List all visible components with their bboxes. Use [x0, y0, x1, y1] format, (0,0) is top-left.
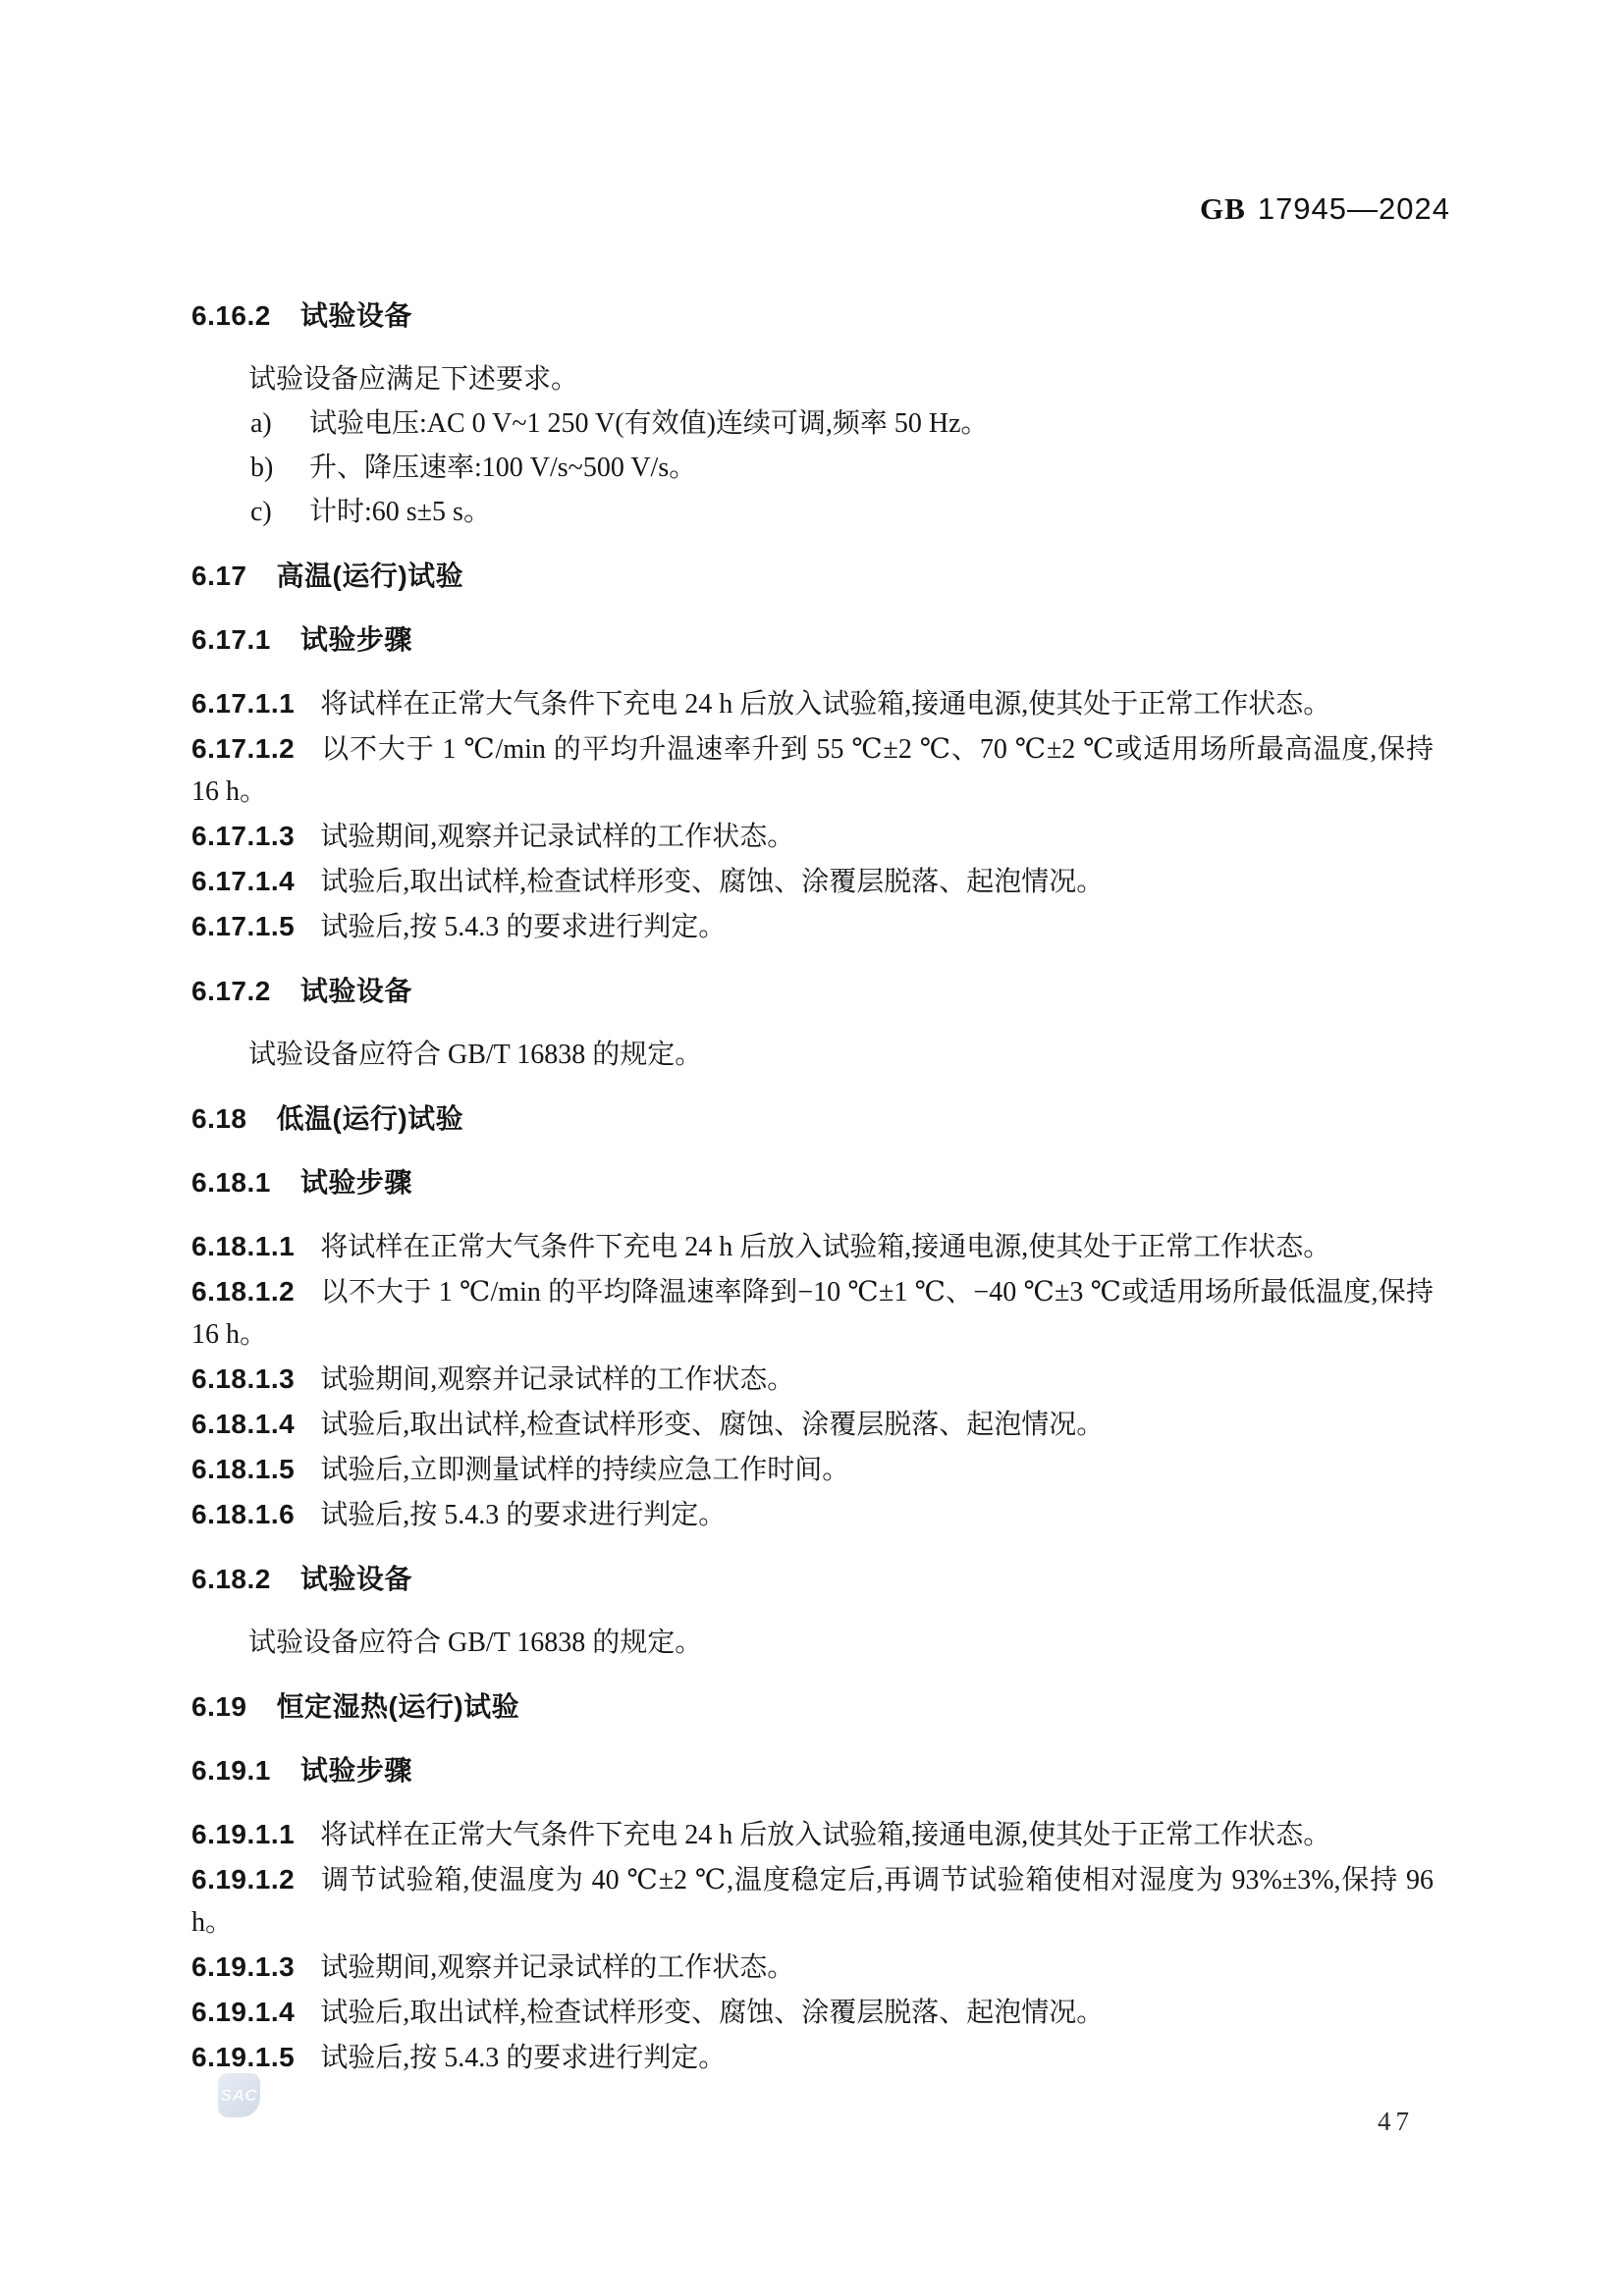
clause-text: 试验期间,观察并记录试样的工作状态。: [320, 1364, 794, 1395]
list-item-label: a): [250, 402, 284, 445]
clause-title: 试验设备: [300, 976, 412, 1006]
sac-watermark-logo: SAC: [218, 2073, 260, 2117]
clause-text: 以不大于 1 ℃/min 的平均升温速率升到 55 ℃±2 ℃、70 ℃±2 ℃…: [191, 734, 1434, 807]
clause-number: 6.18.1.1: [191, 1231, 295, 1261]
clause-heading: 6.18.1试验步骤: [191, 1161, 1434, 1203]
clause-text: 试验后,取出试样,检查试样形变、腐蚀、涂覆层脱落、起泡情况。: [320, 1410, 1104, 1440]
clause-number: 6.18.1.4: [191, 1409, 295, 1439]
clause-number: 6.16.2: [191, 300, 271, 331]
clause-number: 6.19.1.2: [191, 1864, 295, 1895]
clause-heading: 6.19.1试验步骤: [191, 1749, 1434, 1791]
page-number: 47: [1378, 2107, 1414, 2137]
clause-text: 试验后,按 5.4.3 的要求进行判定。: [320, 912, 726, 942]
clause-para: 6.18.1.5试验后,立即测量试样的持续应急工作时间。: [191, 1448, 1434, 1491]
clause-number: 6.19.1: [191, 1755, 271, 1786]
clause-number: 6.17.1.1: [191, 688, 295, 719]
list-item-label: b): [250, 447, 284, 489]
clause-para: 6.17.1.1将试样在正常大气条件下充电 24 h 后放入试验箱,接通电源,使…: [191, 682, 1434, 725]
clause-para: 6.17.1.3试验期间,观察并记录试样的工作状态。: [191, 815, 1434, 858]
clause-title: 试验步骤: [300, 1755, 412, 1786]
clause-text: 试验后,按 5.4.3 的要求进行判定。: [320, 1500, 726, 1530]
list-item-text: 计时:60 s±5 s。: [309, 497, 491, 527]
clause-number: 6.18.1.2: [191, 1276, 295, 1307]
indent-para: 试验设备应满足下述要求。: [191, 358, 1434, 400]
clause-text: 调节试验箱,使温度为 40 ℃±2 ℃,温度稳定后,再调节试验箱使相对湿度为 9…: [191, 1865, 1434, 1938]
indent-para: 试验设备应符合 GB/T 16838 的规定。: [191, 1622, 1434, 1664]
clause-title: 恒定湿热(运行)试验: [277, 1691, 520, 1722]
clause-para: 6.18.1.1将试样在正常大气条件下充电 24 h 后放入试验箱,接通电源,使…: [191, 1225, 1434, 1268]
clause-text: 以不大于 1 ℃/min 的平均降温速率降到−10 ℃±1 ℃、−40 ℃±3 …: [191, 1277, 1434, 1350]
list-item: c)计时:60 s±5 s。: [191, 491, 1434, 533]
clause-para: 6.18.1.2以不大于 1 ℃/min 的平均降温速率降到−10 ℃±1 ℃、…: [191, 1270, 1434, 1356]
standard-code-number: 17945—2024: [1258, 191, 1450, 226]
clause-para: 6.18.1.4试验后,取出试样,检查试样形变、腐蚀、涂覆层脱落、起泡情况。: [191, 1403, 1434, 1446]
clause-text: 试验后,按 5.4.3 的要求进行判定。: [320, 2043, 726, 2073]
clause-heading: 6.18低温(运行)试验: [191, 1097, 1434, 1140]
clause-para: 6.18.1.6试验后,按 5.4.3 的要求进行判定。: [191, 1493, 1434, 1536]
clause-text: 试验期间,观察并记录试样的工作状态。: [320, 1952, 794, 1983]
clause-number: 6.17.1.2: [191, 733, 295, 764]
list-item: a)试验电压:AC 0 V~1 250 V(有效值)连续可调,频率 50 Hz。: [191, 402, 1434, 445]
list-item: b)升、降压速率:100 V/s~500 V/s。: [191, 447, 1434, 489]
clause-text: 试验后,取出试样,检查试样形变、腐蚀、涂覆层脱落、起泡情况。: [320, 867, 1104, 897]
clause-number: 6.17.1.4: [191, 866, 295, 896]
clause-number: 6.19.1.5: [191, 2042, 295, 2072]
clause-number: 6.17.1.3: [191, 821, 295, 851]
paragraph-text: 试验设备应满足下述要求。: [248, 364, 578, 395]
list-item-label: c): [250, 491, 284, 533]
paragraph-text: 试验设备应符合 GB/T 16838 的规定。: [248, 1628, 702, 1658]
clause-heading: 6.17.1试验步骤: [191, 618, 1434, 661]
list-item-text: 升、降压速率:100 V/s~500 V/s。: [309, 453, 696, 483]
clause-title: 高温(运行)试验: [277, 561, 464, 591]
clause-title: 试验设备: [300, 300, 412, 331]
clause-text: 将试样在正常大气条件下充电 24 h 后放入试验箱,接通电源,使其处于正常工作状…: [320, 689, 1330, 720]
clause-text: 将试样在正常大气条件下充电 24 h 后放入试验箱,接通电源,使其处于正常工作状…: [320, 1232, 1330, 1262]
clause-title: 试验步骤: [300, 624, 412, 655]
clause-para: 6.19.1.4试验后,取出试样,检查试样形变、腐蚀、涂覆层脱落、起泡情况。: [191, 1991, 1434, 2034]
clause-para: 6.17.1.2以不大于 1 ℃/min 的平均升温速率升到 55 ℃±2 ℃、…: [191, 727, 1434, 813]
document-body: 6.16.2试验设备试验设备应满足下述要求。a)试验电压:AC 0 V~1 25…: [191, 294, 1434, 2081]
clause-number: 6.19.1.1: [191, 1819, 295, 1849]
clause-para: 6.17.1.5试验后,按 5.4.3 的要求进行判定。: [191, 905, 1434, 948]
clause-heading: 6.17.2试验设备: [191, 970, 1434, 1012]
clause-text: 试验后,取出试样,检查试样形变、腐蚀、涂覆层脱落、起泡情况。: [320, 1998, 1104, 2028]
clause-number: 6.17: [191, 561, 247, 591]
clause-para: 6.18.1.3试验期间,观察并记录试样的工作状态。: [191, 1358, 1434, 1401]
clause-heading: 6.19恒定湿热(运行)试验: [191, 1685, 1434, 1728]
standard-code-prefix: GB: [1200, 191, 1246, 226]
clause-number: 6.18.1.6: [191, 1499, 295, 1529]
clause-number: 6.17.2: [191, 976, 271, 1006]
clause-para: 6.19.1.2调节试验箱,使温度为 40 ℃±2 ℃,温度稳定后,再调节试验箱…: [191, 1858, 1434, 1944]
clause-title: 低温(运行)试验: [277, 1103, 464, 1134]
indent-para: 试验设备应符合 GB/T 16838 的规定。: [191, 1034, 1434, 1076]
clause-number: 6.18.1.3: [191, 1363, 295, 1394]
standard-document-page: GB17945—2024 6.16.2试验设备试验设备应满足下述要求。a)试验电…: [0, 0, 1624, 2296]
clause-para: 6.17.1.4试验后,取出试样,检查试样形变、腐蚀、涂覆层脱落、起泡情况。: [191, 860, 1434, 903]
clause-number: 6.19.1.3: [191, 1951, 295, 1982]
clause-para: 6.19.1.3试验期间,观察并记录试样的工作状态。: [191, 1946, 1434, 1989]
clause-text: 试验期间,观察并记录试样的工作状态。: [320, 822, 794, 852]
clause-title: 试验步骤: [300, 1167, 412, 1198]
clause-number: 6.19.1.4: [191, 1997, 295, 2027]
clause-number: 6.18.1.5: [191, 1454, 295, 1484]
clause-number: 6.17.1: [191, 624, 271, 655]
clause-title: 试验设备: [300, 1564, 412, 1594]
clause-heading: 6.18.2试验设备: [191, 1558, 1434, 1600]
paragraph-text: 试验设备应符合 GB/T 16838 的规定。: [248, 1040, 702, 1070]
clause-number: 6.18: [191, 1103, 247, 1134]
sac-logo-text: SAC: [221, 2086, 257, 2106]
clause-heading: 6.17高温(运行)试验: [191, 555, 1434, 597]
clause-para: 6.19.1.5试验后,按 5.4.3 的要求进行判定。: [191, 2036, 1434, 2079]
clause-heading: 6.16.2试验设备: [191, 294, 1434, 337]
clause-number: 6.18.2: [191, 1564, 271, 1594]
clause-number: 6.17.1.5: [191, 911, 295, 941]
running-header-standard-code: GB17945—2024: [1200, 192, 1450, 226]
clause-text: 试验后,立即测量试样的持续应急工作时间。: [320, 1455, 849, 1485]
clause-number: 6.19: [191, 1691, 247, 1722]
clause-text: 将试样在正常大气条件下充电 24 h 后放入试验箱,接通电源,使其处于正常工作状…: [320, 1820, 1330, 1850]
list-item-text: 试验电压:AC 0 V~1 250 V(有效值)连续可调,频率 50 Hz。: [309, 408, 989, 439]
clause-para: 6.19.1.1将试样在正常大气条件下充电 24 h 后放入试验箱,接通电源,使…: [191, 1813, 1434, 1856]
clause-number: 6.18.1: [191, 1167, 271, 1198]
